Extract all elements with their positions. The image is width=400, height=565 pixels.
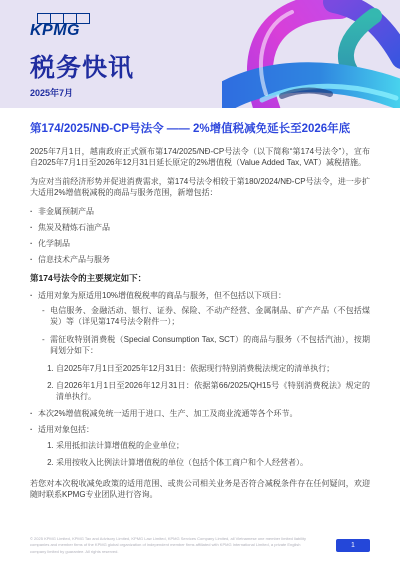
newsletter-title: 税务快讯 <box>30 48 134 84</box>
list-item-stages: 本次2%增值税减免统一适用于进口、生产、加工及商业流通等各个环节。 <box>30 408 370 419</box>
main-provisions-list: 适用对象为原适用10%增值税税率的商品与服务，但不包括以下项目： 电信服务、金融… <box>30 290 370 468</box>
list-item-applicable: 适用对象包括： 采用抵扣法计算增值税的企业单位； 采用按收入比例法计算增值税的单… <box>30 424 370 468</box>
list-item: 化学制品 <box>30 238 370 249</box>
intro-paragraph-1: 2025年7月1日，越南政府正式颁布第174/2025/NĐ-CP号法令（以下简… <box>30 146 370 168</box>
newsletter-date: 2025年7月 <box>30 86 73 99</box>
page-footer: © 2025 KPMG Limited, KPMG Tax and Adviso… <box>0 536 400 555</box>
section-heading: 第174号法令的主要规定如下： <box>30 273 370 284</box>
intro-paragraph-2: 为应对当前经济形势并促进消费需求，第174号法令相较于第180/2024/NĐ-… <box>30 176 370 198</box>
newsletter-page: KPMG 税务快讯 2025年7月 第174/2025/NĐ-CP号法令 —— … <box>0 0 400 565</box>
list-item: 自2025年7月1日至2025年12月31日：依据现行特别消费税法规定的清单执行… <box>56 363 370 374</box>
article-title: 第174/2025/NĐ-CP号法令 —— 2%增值税减免延长至2026年底 <box>30 122 370 136</box>
list-item: 采用抵扣法计算增值税的企业单位； <box>56 440 370 451</box>
applicable-text: 适用对象包括： <box>38 425 94 434</box>
list-item: 非金属预制产品 <box>30 206 370 217</box>
sct-periods-list: 自2025年7月1日至2025年12月31日：依据现行特别消费税法规定的清单执行… <box>44 363 370 402</box>
header-banner: KPMG 税务快讯 2025年7月 <box>0 0 400 108</box>
exclusions-list: 电信服务、金融活动、银行、证券、保险、不动产经营、金属制品、矿产产品（不包括煤炭… <box>42 305 370 356</box>
abstract-glass-ribbon-graphic <box>222 0 400 108</box>
kpmg-logo: KPMG <box>30 13 100 39</box>
legal-disclaimer: © 2025 KPMG Limited, KPMG Tax and Adviso… <box>30 536 310 555</box>
applicable-entities-list: 采用抵扣法计算增值税的企业单位； 采用按收入比例法计算增值税的单位（包括个体工商… <box>44 440 370 468</box>
list-item: 信息技术产品与服务 <box>30 254 370 265</box>
closing-paragraph: 若您对本次税收减免政策的适用范围、或贵公司相关业务是否符合减税条件存在任何疑问，… <box>30 478 370 500</box>
list-item: 需征收特别消费税（Special Consumption Tax, SCT）的商… <box>42 334 370 356</box>
kpmg-logo-text: KPMG <box>30 23 100 39</box>
page-number-badge: 1 <box>336 539 370 552</box>
list-item: 自2026年1月1日至2026年12月31日：依据第66/2025/QH15号《… <box>56 380 370 402</box>
list-item: 采用按收入比例法计算增值税的单位（包括个体工商户和个人经营者）。 <box>56 457 370 468</box>
list-item: 电信服务、金融活动、银行、证券、保险、不动产经营、金属制品、矿产产品（不包括煤炭… <box>42 305 370 327</box>
list-item-scope: 适用对象为原适用10%增值税税率的商品与服务，但不包括以下项目： 电信服务、金融… <box>30 290 370 402</box>
scope-text: 适用对象为原适用10%增值税税率的商品与服务，但不包括以下项目： <box>38 291 286 300</box>
article-body: 第174/2025/NĐ-CP号法令 —— 2%增值税减免延长至2026年底 2… <box>0 108 400 500</box>
new-items-list: 非金属预制产品 焦炭及精炼石油产品 化学制品 信息技术产品与服务 <box>30 206 370 265</box>
list-item: 焦炭及精炼石油产品 <box>30 222 370 233</box>
